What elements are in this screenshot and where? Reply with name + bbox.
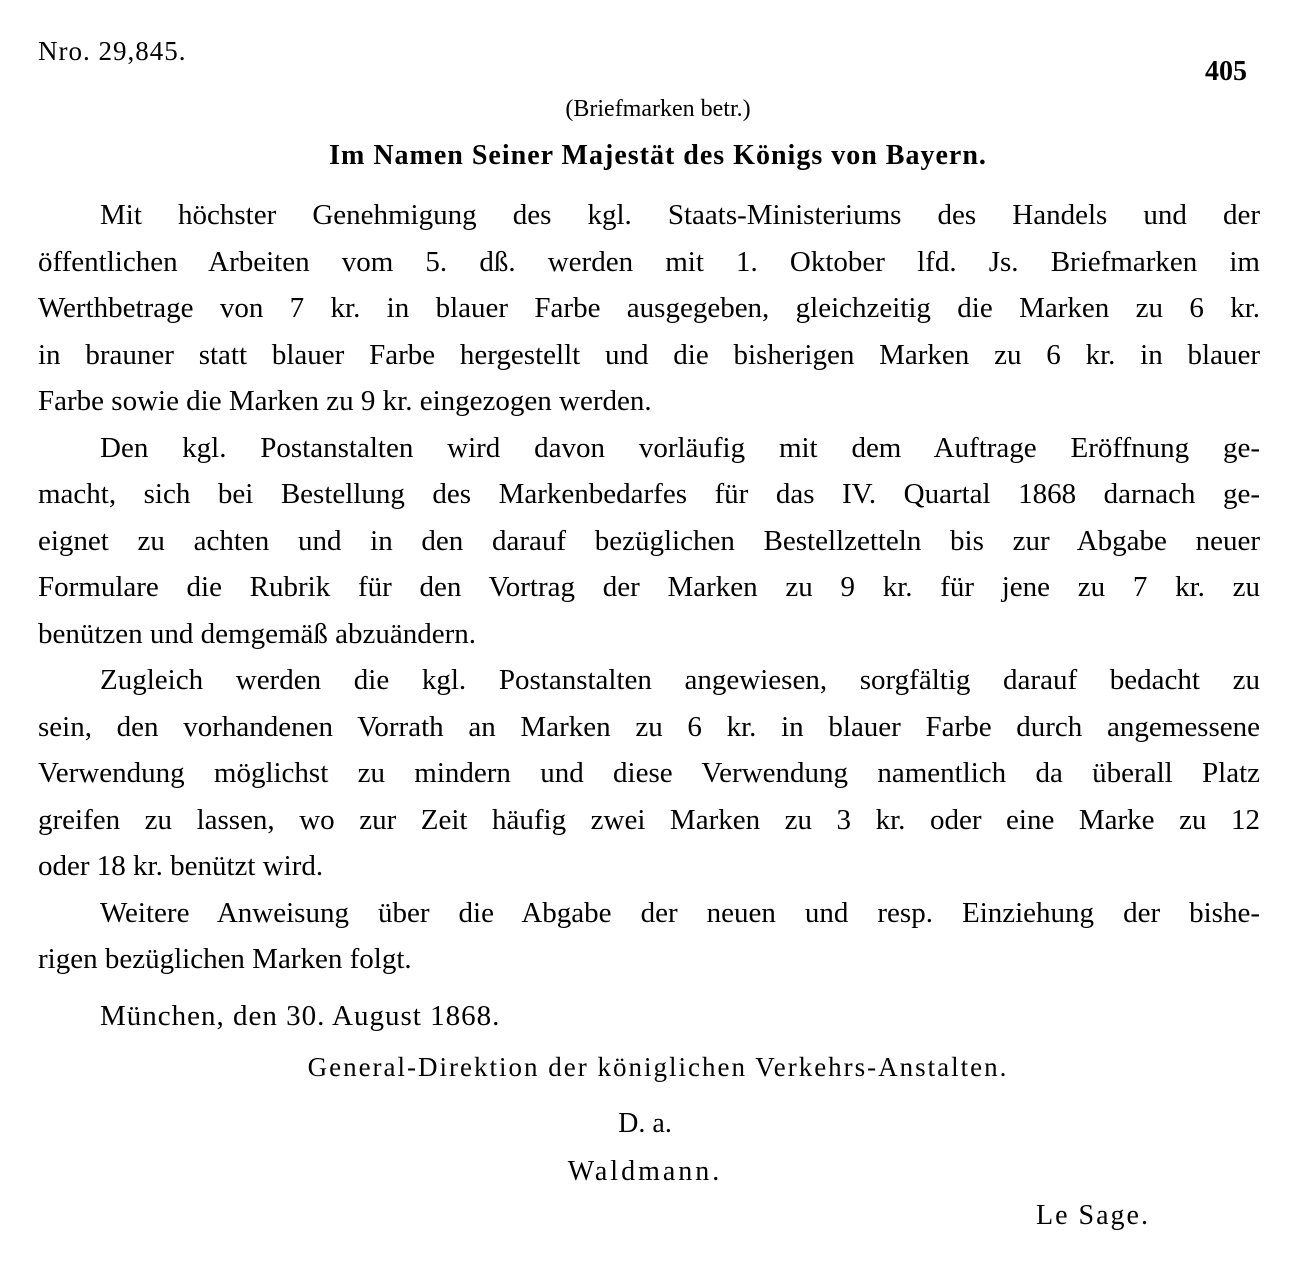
paragraph-4: Weitere Anweisung über die Abgabe der ne… xyxy=(38,890,1260,983)
decree-heading: Im Namen Seiner Majestät des Königs von … xyxy=(0,140,1316,172)
document-number: Nro. 29,845. xyxy=(38,36,187,67)
paragraph-2: Den kgl. Postanstalten wird davon vorläu… xyxy=(38,425,1260,658)
place-and-date: München, den 30. August 1868. xyxy=(100,1000,500,1033)
text-line: sein, den vorhandenen Vorrath an Marken … xyxy=(38,704,1260,751)
signature-waldmann: Waldmann. xyxy=(0,1156,1290,1188)
subject-line: (Briefmarken betr.) xyxy=(0,96,1316,123)
text-line: oder 18 kr. benützt wird. xyxy=(38,843,1260,890)
text-line: Mit höchster Genehmigung des kgl. Staats… xyxy=(38,192,1260,239)
text-line: Farbe sowie die Marken zu 9 kr. eingezog… xyxy=(38,378,1260,425)
document-body: Mit höchster Genehmigung des kgl. Staats… xyxy=(38,192,1260,983)
text-line: Formulare die Rubrik für den Vortrag der… xyxy=(38,564,1260,611)
text-line: Werthbetrage von 7 kr. in blauer Farbe a… xyxy=(38,285,1260,332)
deputy-abbreviation: D. a. xyxy=(0,1108,1290,1140)
text-line: eignet zu achten und in den darauf bezüg… xyxy=(38,518,1260,565)
text-line: Zugleich werden die kgl. Postanstalten a… xyxy=(38,657,1260,704)
text-line: Verwendung möglichst zu mindern und dies… xyxy=(38,750,1260,797)
text-line: Weitere Anweisung über die Abgabe der ne… xyxy=(38,890,1260,937)
text-line: rigen bezüglichen Marken folgt. xyxy=(38,936,1260,983)
text-line: greifen zu lassen, wo zur Zeit häufig zw… xyxy=(38,797,1260,844)
signature-le-sage: Le Sage. xyxy=(1036,1200,1150,1232)
text-line: Den kgl. Postanstalten wird davon vorläu… xyxy=(38,425,1260,472)
text-line: benützen und demgemäß abzuändern. xyxy=(38,611,1260,658)
page-number: 405 xyxy=(1205,56,1247,88)
text-line: öffentlichen Arbeiten vom 5. dß. werden … xyxy=(38,239,1260,286)
text-line: macht, sich bei Bestellung des Markenbed… xyxy=(38,471,1260,518)
paragraph-3: Zugleich werden die kgl. Postanstalten a… xyxy=(38,657,1260,890)
issuing-authority: General-Direktion der königlichen Verkeh… xyxy=(0,1052,1316,1083)
text-line: in brauner statt blauer Farbe hergestell… xyxy=(38,332,1260,379)
paragraph-1: Mit höchster Genehmigung des kgl. Staats… xyxy=(38,192,1260,425)
